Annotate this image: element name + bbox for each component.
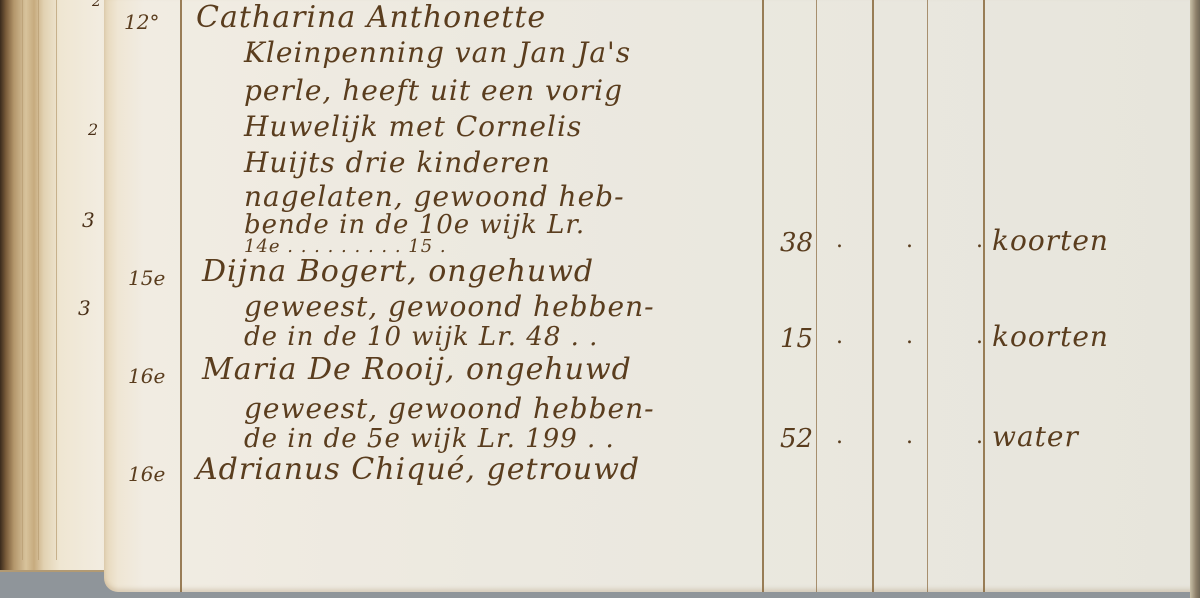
column-rule-cause	[983, 0, 985, 592]
entry-number: 12°	[124, 10, 159, 34]
entry-line: Huwelijk met Cornelis	[244, 110, 582, 143]
column-rule	[816, 0, 817, 592]
column-rule	[927, 0, 928, 592]
entry-number: 16e	[128, 462, 165, 486]
cause-of-death: koorten	[992, 320, 1109, 353]
entry-line: perle, heeft uit een vorig	[244, 74, 623, 107]
page-edge-line	[56, 0, 57, 560]
page-edge-shadow	[1190, 0, 1200, 598]
entry-line: geweest, gewoond hebben-	[244, 392, 655, 425]
entry-line: Dijna Bogert, ongehuwd	[202, 254, 594, 289]
column-dots: . . .	[836, 228, 1011, 253]
left-margin-number: 2	[88, 120, 98, 139]
column-rule-age	[762, 0, 764, 592]
entry-line: Adrianus Chiqué, getrouwd	[196, 452, 640, 487]
entry-line: de in de 10 wijk Lr. 48 . .	[244, 322, 598, 352]
left-margin-number: 3	[82, 208, 95, 232]
cause-of-death: water	[992, 420, 1079, 453]
page-edge-line	[22, 0, 23, 560]
age-value: 15	[780, 324, 813, 354]
entry-line: geweest, gewoond hebben-	[244, 290, 655, 323]
entry-line: Catharina Anthonette	[196, 0, 546, 35]
column-dots: . . .	[836, 424, 1011, 449]
register-page: 12° Catharina Anthonette Kleinpenning va…	[104, 0, 1194, 592]
left-margin-number: 3	[78, 296, 91, 320]
age-value: 52	[780, 424, 813, 454]
entry-line: Huijts drie kinderen	[244, 146, 551, 179]
entry-line: Kleinpenning van Jan Ja's	[244, 36, 631, 69]
entry-number: 16e	[128, 364, 165, 388]
book-page-stack: 2 2 3 3	[0, 0, 120, 572]
entry-line: nagelaten, gewoond heb-	[244, 180, 625, 213]
entry-line: de in de 5e wijk Lr. 199 . .	[244, 424, 615, 454]
entry-number: 15e	[128, 266, 165, 290]
age-value: 38	[780, 228, 813, 258]
left-margin-number: 2	[92, 0, 101, 10]
entry-line: Maria De Rooij, ongehuwd	[202, 352, 632, 387]
cause-of-death: koorten	[992, 224, 1109, 257]
page-edge-line	[38, 0, 39, 560]
column-dots: . . .	[836, 324, 1011, 349]
column-rule-margin	[180, 0, 182, 592]
column-rule	[872, 0, 874, 592]
